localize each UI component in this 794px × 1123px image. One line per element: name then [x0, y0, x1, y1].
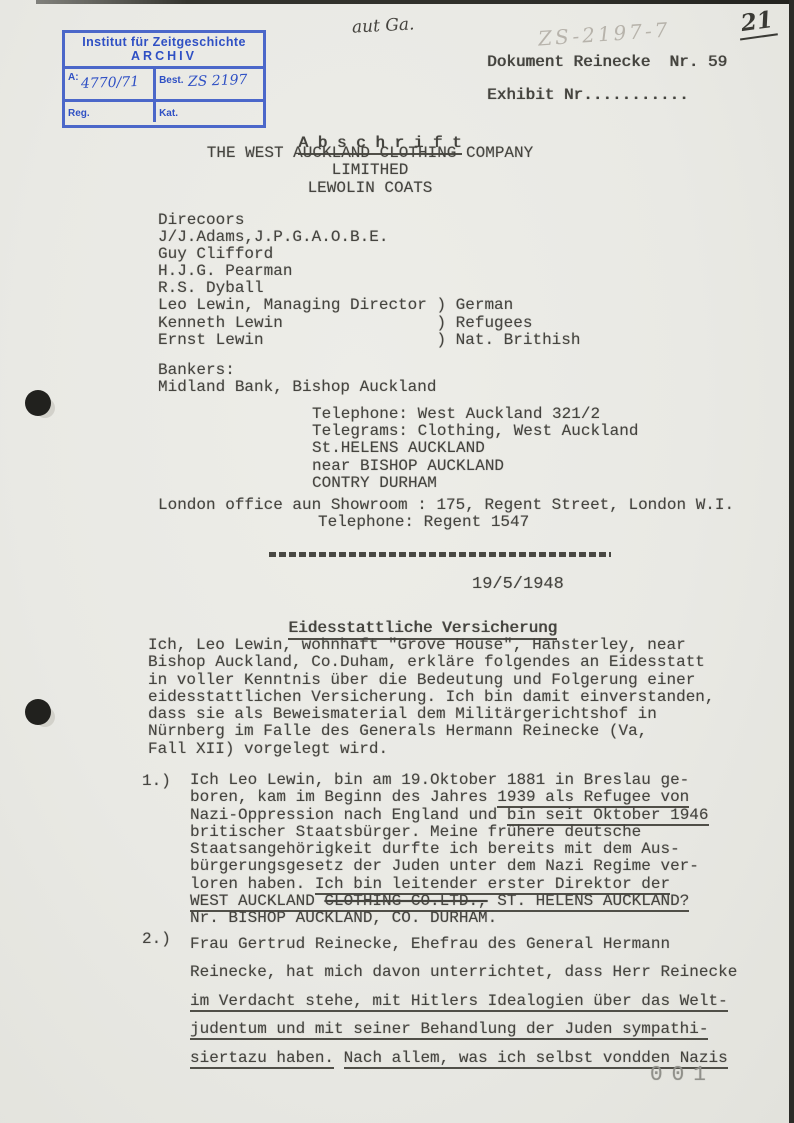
stamp-row-2: Reg. Kat. [65, 99, 263, 122]
text-line: bürgerungsgesetz der Juden unter dem Naz… [190, 858, 709, 875]
text-line: Fall XII) vorgelegt wird. [148, 741, 715, 758]
handwritten-pencil-reference: ZS-2197-7 [537, 17, 671, 50]
text-segment: ST. HELENS AUCKLAND? [488, 892, 690, 912]
text-segment: Staatsangehörigkeit durfte ich bereits m… [190, 840, 680, 858]
stamp-row-1: A: 4770/71 Best. ZS 2197 [65, 69, 263, 99]
text-segment: britischer Staatsbürger. Meine frühere d… [190, 823, 641, 841]
text-line: Kenneth Lewin ) Refugees [158, 315, 580, 332]
page-number-stamp: 001 [650, 1064, 715, 1087]
london-office-line: London office aun Showroom : 175, Regent… [158, 496, 734, 514]
text-line: THE WEST AUCKLAND CLOTHING COMPANY [140, 145, 600, 162]
intro-paragraph: Ich, Leo Lewin, wohnhaft "Grove House", … [148, 637, 715, 758]
text-line: Nr. BISHOP AUCKLAND, CO. DURHAM. [190, 910, 709, 927]
item-1-number: 1.) [142, 772, 171, 790]
text-line: Telephone: West Auckland 321/2 [312, 406, 638, 423]
text-line: WEST AUCKLAND CLOTHING CO.LTD., ST. HELE… [190, 893, 709, 910]
stamp-field-best-value: ZS 2197 [188, 72, 248, 90]
text-line: CONTRY DURHAM [312, 475, 638, 492]
punch-hole-top [25, 390, 51, 416]
stamp-archiv-label: ARCHIV [65, 49, 263, 63]
scan-edge-top [36, 0, 794, 4]
stamp-field-kat-label: Kat. [159, 108, 178, 119]
company-header-block: THE WEST AUCKLAND CLOTHING COMPANYLIMITH… [140, 145, 600, 197]
item-2-number: 2.) [142, 930, 171, 948]
stamp-field-a-label: A: [68, 72, 79, 83]
text-segment: siertazu haben. [190, 1049, 334, 1069]
text-line: Direcoors [158, 212, 580, 229]
dokument-reinecke-line: Dokument Reinecke Nr. 59 [487, 53, 727, 71]
text-line: Midland Bank, Bishop Auckland [158, 379, 436, 396]
text-line: H.J.G. Pearman [158, 263, 580, 280]
bankers-block: Bankers:Midland Bank, Bishop Auckland [158, 362, 436, 396]
text-segment: boren, kam im Beginn des Jahres [190, 788, 497, 806]
item-1-paragraph: Ich Leo Lewin, bin am 19.Oktober 1881 in… [190, 772, 709, 928]
contact-block: Telephone: West Auckland 321/2Telegrams:… [312, 406, 638, 492]
exhibit-line: Exhibit Nr........... [487, 86, 689, 104]
stamp-field-kat: Kat. [156, 99, 263, 122]
text-line: J/J.Adams,J.P.G.A.O.B.E. [158, 229, 580, 246]
text-line: eidesstattlichen Versicherung. Ich bin d… [148, 689, 715, 706]
text-line: near BISHOP AUCKLAND [312, 458, 638, 475]
text-segment: Frau Gertrud Reinecke, Ehefrau des Gener… [190, 935, 670, 953]
stamp-field-reg: Reg. [65, 99, 156, 122]
archive-stamp: Institut für Zeitgeschichte ARCHIV A: 47… [62, 30, 266, 128]
stamp-field-reg-label: Reg. [68, 108, 90, 119]
text-segment: Nazi-Oppression nach England und [190, 806, 507, 824]
punch-hole-bottom [25, 699, 51, 725]
date-line: 19/5/1948 [472, 575, 564, 594]
text-segment: Reinecke, hat mich davon unterrichtet, d… [190, 963, 737, 981]
text-line: Nazi-Oppression nach England und bin sei… [190, 807, 709, 824]
text-line: LEWOLIN COATS [140, 180, 600, 197]
text-line: loren haben. Ich bin leitender erster Di… [190, 876, 709, 893]
text-line: St.HELENS AUCKLAND [312, 440, 638, 457]
text-line: Bishop Auckland, Co.Duham, erkläre folge… [148, 654, 715, 671]
text-line: in voller Kenntnis über die Bedeutung un… [148, 672, 715, 689]
item-2-paragraph: Frau Gertrud Reinecke, Ehefrau des Gener… [190, 930, 737, 1072]
text-line: dass sie als Beweismaterial dem Militärg… [148, 706, 715, 723]
text-segment: loren haben. [190, 875, 315, 893]
text-line: Staatsangehörigkeit durfte ich bereits m… [190, 841, 709, 858]
text-line: im Verdacht stehe, mit Hitlers Idealogie… [190, 987, 737, 1015]
scan-edge-right [789, 0, 794, 1123]
dashed-separator [269, 552, 611, 557]
text-line: Ernst Lewin ) Nat. Brithish [158, 332, 580, 349]
directors-list: DirecoorsJ/J.Adams,J.P.G.A.O.B.E.Guy Cli… [158, 212, 580, 349]
text-line: R.S. Dyball [158, 280, 580, 297]
text-line: Telegrams: Clothing, West Auckland [312, 423, 638, 440]
stamp-field-a-value: 4770/71 [81, 74, 140, 92]
handwritten-pen-note: aut Ga. [352, 14, 415, 37]
text-segment: im Verdacht stehe, mit Hitlers Idealogie… [190, 992, 728, 1012]
text-line: judentum und mit seiner Behandlung der J… [190, 1015, 737, 1043]
stamp-field-best: Best. ZS 2197 [156, 69, 263, 99]
text-segment [334, 1049, 344, 1067]
archive-stamp-header: Institut für Zeitgeschichte ARCHIV [65, 33, 263, 69]
stamp-field-best-label: Best. [159, 75, 183, 86]
handwritten-corner-mark: 21 [736, 6, 778, 41]
text-line: Nürnberg im Falle des Generals Hermann R… [148, 723, 715, 740]
text-line: Bankers: [158, 362, 436, 379]
london-telephone-line: Telephone: Regent 1547 [318, 513, 529, 531]
text-line: Ich Leo Lewin, bin am 19.Oktober 1881 in… [190, 772, 709, 789]
text-line: britischer Staatsbürger. Meine frühere d… [190, 824, 709, 841]
text-line: Ich, Leo Lewin, wohnhaft "Grove House", … [148, 637, 715, 654]
text-line: LIMITHED [140, 162, 600, 179]
text-line: boren, kam im Beginn des Jahres 1939 als… [190, 789, 709, 806]
stamp-field-a: A: 4770/71 [65, 69, 156, 99]
text-line: Guy Clifford [158, 246, 580, 263]
document-page: Institut für Zeitgeschichte ARCHIV A: 47… [0, 0, 794, 1123]
text-line: Reinecke, hat mich davon unterrichtet, d… [190, 958, 737, 986]
text-segment: judentum und mit seiner Behandlung der J… [190, 1020, 708, 1040]
stamp-institution: Institut für Zeitgeschichte [65, 35, 263, 49]
text-segment: Nr. BISHOP AUCKLAND, CO. DURHAM. [190, 909, 497, 927]
text-line: Leo Lewin, Managing Director ) German [158, 297, 580, 314]
text-segment: bürgerungsgesetz der Juden unter dem Naz… [190, 857, 699, 875]
text-line: Frau Gertrud Reinecke, Ehefrau des Gener… [190, 930, 737, 958]
text-segment: Ich Leo Lewin, bin am 19.Oktober 1881 in… [190, 771, 689, 789]
